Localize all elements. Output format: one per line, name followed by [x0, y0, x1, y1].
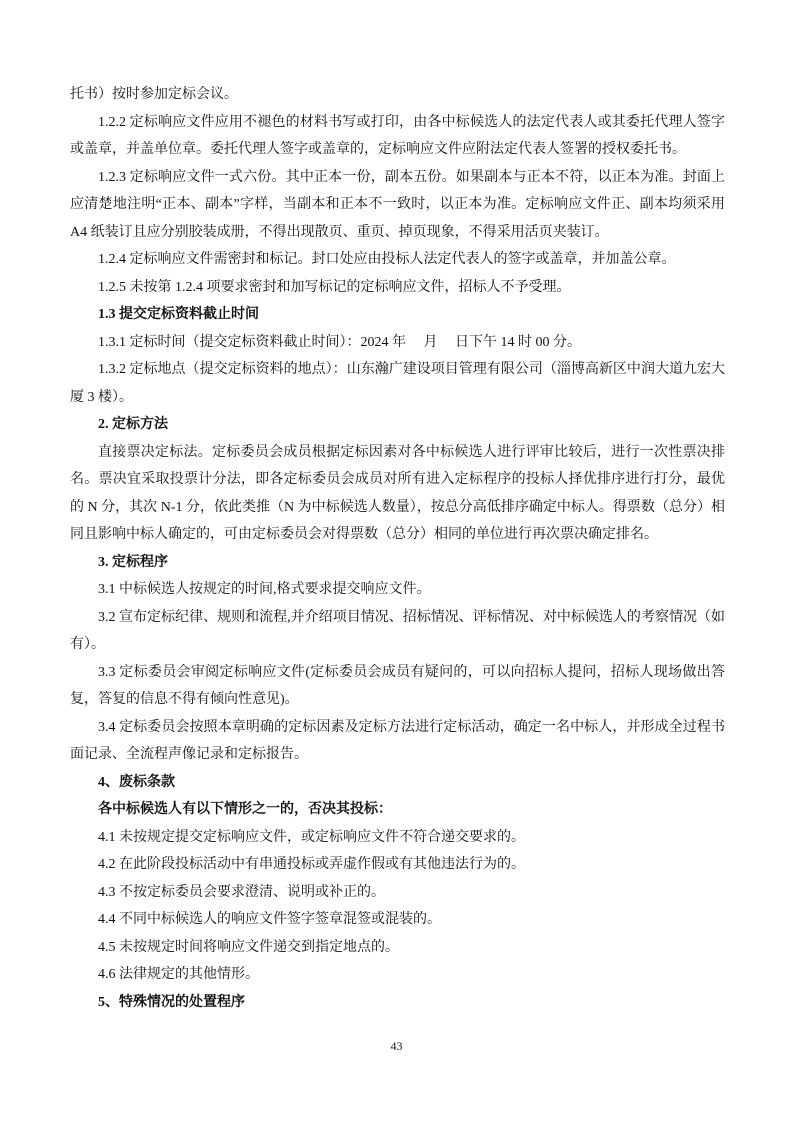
para-1-2-5: 1.2.5 未按第 1.2.4 项要求密封和加写标记的定标响应文件，招标人不予受…: [70, 274, 725, 302]
para-3-1: 3.1 中标候选人按规定的时间,格式要求提交响应文件。: [70, 576, 725, 604]
para-4-4: 4.4 不同中标候选人的响应文件签字签章混签或混装的。: [70, 906, 725, 934]
para-1-3-2-location: 1.3.2 定标地点（提交定标资料的地点）：山东瀚广建设项目管理有限公司（淄博高…: [70, 356, 725, 411]
para-4-1: 4.1 未按规定提交定标响应文件，或定标响应文件不符合递交要求的。: [70, 824, 725, 852]
heading-4-rejection: 4、废标条款: [70, 769, 725, 797]
para-1-2-2: 1.2.2 定标响应文件应用不褪色的材料书写或打印，由各中标候选人的法定代表人或…: [70, 109, 725, 164]
para-4-6: 4.6 法律规定的其他情形。: [70, 961, 725, 989]
para-4-5: 4.5 未按规定时间将响应文件递交到指定地点的。: [70, 934, 725, 962]
para-4-intro: 各中标候选人有以下情形之一的，否决其投标：: [70, 796, 725, 824]
para-4-2: 4.2 在此阶段投标活动中有串通投标或弄虚作假或有其他违法行为的。: [70, 851, 725, 879]
heading-1-3-deadline: 1.3 提交定标资料截止时间: [70, 301, 725, 329]
para-1-3-1-time: 1.3.1 定标时间（提交定标资料截止时间）：2024 年 月 日下午 14 时…: [70, 329, 725, 357]
document-page: 托书）按时参加定标会议。 1.2.2 定标响应文件应用不褪色的材料书写或打印，由…: [0, 0, 793, 1016]
para-3-4: 3.4 定标委员会按照本章明确的定标因素及定标方法进行定标活动，确定一名中标人，…: [70, 714, 725, 769]
page-number: 43: [0, 1038, 793, 1054]
para-3-3: 3.3 定标委员会审阅定标响应文件(定标委员会成员有疑问的，可以向招标人提问，招…: [70, 659, 725, 714]
para-1-2-3: 1.2.3 定标响应文件一式六份。其中正本一份，副本五份。如果副本与正本不符，以…: [70, 164, 725, 247]
heading-5-special-cases: 5、特殊情况的处置程序: [70, 989, 725, 1017]
heading-2-method: 2. 定标方法: [70, 411, 725, 439]
heading-3-procedure: 3. 定标程序: [70, 549, 725, 577]
para-1-2-4: 1.2.4 定标响应文件需密封和标记。封口处应由投标人法定代表人的签字或盖章，并…: [70, 246, 725, 274]
para-4-3: 4.3 不按定标委员会要求澄清、说明或补正的。: [70, 879, 725, 907]
para-3-2: 3.2 宣布定标纪律、规则和流程,并介绍项目情况、招标情况、评标情况、对中标候选…: [70, 604, 725, 659]
para-2-method-body: 直接票决定标法。定标委员会成员根据定标因素对各中标候选人进行评审比较后，进行一次…: [70, 439, 725, 549]
para-1-2-1-continuation: 托书）按时参加定标会议。: [70, 81, 725, 109]
